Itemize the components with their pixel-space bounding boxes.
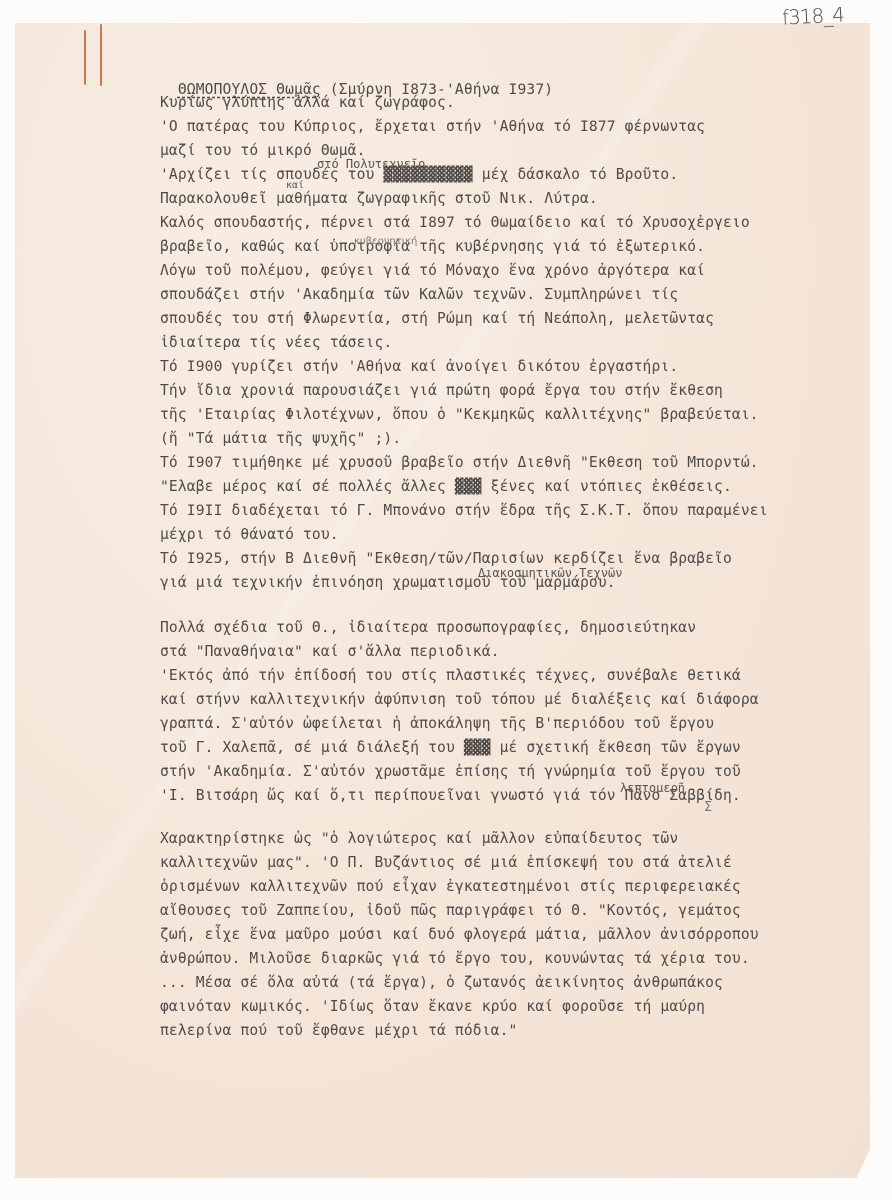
text-line: Λόγω τοῦ πολέμου, φεύγει γιά τό Μόναχο ἕ… [160,261,705,281]
handwritten-insertion: Σ [704,800,712,815]
text-line: βραβεῖο, καθώς καί ὑποτροφία τῆς κυβέρνη… [160,237,705,257]
text-line: 'Εκτός ἀπό τήν ἐπίδοσή του στίς πλαστικέ… [160,666,741,686]
text-line: Καλός σπουδαστής, πέρνει στά I897 τό Θωμ… [160,213,750,233]
text-line: ζωή, εἶχε ἕνα μαῦρο μούσι καί δυό φλογερ… [160,925,759,945]
text-line: Πολλά σχέδια τοῦ Θ., ἰδιαίτερα προσωπογρ… [160,618,696,638]
text-line: Τό I925, στήν Β Διεθνῆ "Εκθεση/τῶν/Παρισ… [160,549,732,569]
text-line: σπουδές του στή Φλωρεντία, στή Ρώμη καί … [160,309,714,329]
text-line: τοῦ Γ. Χαλεπᾶ, σέ μιά διάλεξή του ▓▓▓ μέ… [160,738,741,758]
text-line: Κυρίως γλύπτης ἀλλά καί ζωγράφος. [160,93,455,113]
text-line: αἴθουσες τοῦ Ζαππείου, ἰδοῦ πῶς παριγράφ… [160,901,741,921]
text-line: ... Μέσα σέ ὅλα αὐτά (τά ἔργα), ὁ ζωτανό… [160,973,723,993]
typed-insertion: Διακοσμητικῶν Τεχνῶν [478,566,623,580]
text-line: σπουδάζει στήν 'Ακαδημία τῶν Καλῶν τεχνῶ… [160,285,678,305]
text-line: Τό I9II διαδέχεται τό Γ. Μπονάνο στήν ἕδ… [160,501,768,521]
text-line: Χαρακτηρίστηκε ὡς "ὁ λογιώτερος καί μᾶλλ… [160,829,678,849]
text-line: Τήν ἴδια χρονιά παρουσιάζει γιά πρώτη φο… [160,381,723,401]
staple-mark [84,30,86,85]
text-line: καλλιτεχνῶν μας". 'Ο Π. Βυζάντιος σέ μιά… [160,853,732,873]
archive-id: f318_4 [781,2,844,29]
handwritten-insertion: κυβερνητική [354,236,417,247]
text-line: πελερίνα πού τοῦ ἔφθανε μέχρι τά πόδια." [160,1021,517,1041]
typed-insertion: στό Πολυτεχνεῖο [317,157,425,171]
text-line: (ἤ "Τά μάτια τῆς ψυχῆς" ;). [160,429,401,449]
text-line: καί στήνν καλλιτεχνικήν ἀφύπνιση τοῦ τόπ… [160,690,759,710]
text-line: γραπτά. Σ'αὐτόν ὠφείλεται ἡ ἀποκάληψη τῆ… [160,714,714,734]
text-line: φαινόταν κωμικός. 'Ιδίως ὅταν ἔκανε κρύο… [160,997,705,1017]
text-line: μέχρι τό θάνατό του. [160,525,339,545]
text-line: Τό I907 τιμήθηκε μέ χρυσοῦ βραβεῖο στήν … [160,453,759,473]
staple-mark [100,24,102,86]
text-line: ἰδιαίτερα τίς νέες τάσεις. [160,333,392,353]
text-line: ὁρισμένων καλλιτεχνῶν πού εἶχαν ἐγκατεστ… [160,877,741,897]
text-line: στήν 'Ακαδημία. Σ'αὐτόν χρωστᾶμε ἐπίσης … [160,762,741,782]
text-line: στά "Παναθήναια" καί σ'ἄλλα περιοδικά. [160,642,500,662]
typed-insertion: λεπτομερῆ [620,781,685,795]
text-line: 'Ο πατέρας του Κύπριος, ἔρχεται στήν 'Αθ… [160,117,705,137]
typed-insertion: καί [286,180,304,191]
text-line: Παρακολουθεῖ μαθήματα ζωγραφικῆς στοῦ Νι… [160,189,598,209]
text-line: "Ελαβε μέρος καί σέ πολλές ἄλλες ▓▓▓ ξέν… [160,477,732,497]
text-line: τῆς 'Εταιρίας Φιλοτέχνων, ὅπου ὁ "Κεκμηκ… [160,405,759,425]
text-line: Τό I900 γυρίζει στήν 'Αθήνα καί ἀνοίγει … [160,357,678,377]
text-line: ἀνθρώπου. Μιλοῦσε διαρκῶς γιά τό ἔργο το… [160,949,750,969]
